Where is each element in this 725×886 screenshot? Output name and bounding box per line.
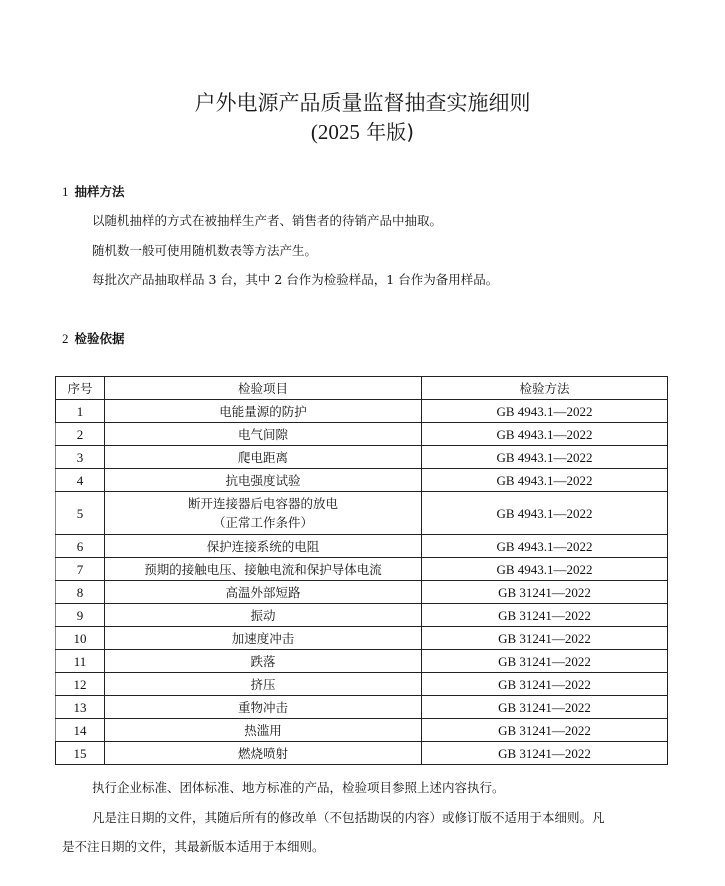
row-no: 3 bbox=[56, 446, 105, 469]
row-method: GB 4943.1—2022 bbox=[422, 558, 668, 581]
row-method: GB 31241—2022 bbox=[422, 673, 668, 696]
document-title: 户外电源产品质量监督抽查实施细则 bbox=[0, 87, 725, 117]
table-header-row: 序号 检验项目 检验方法 bbox=[56, 377, 668, 400]
table-row: 15 燃烧喷射 GB 31241—2022 bbox=[56, 742, 668, 765]
row-no: 11 bbox=[56, 650, 105, 673]
row-method: GB 31241—2022 bbox=[422, 604, 668, 627]
header-method: 检验方法 bbox=[422, 377, 668, 400]
paragraph: 凡是注日期的文件，其随后所有的修改单（不包括勘误的内容）或修订版不适用于本细则。… bbox=[92, 808, 605, 826]
table-row: 4 抗电强度试验 GB 4943.1—2022 bbox=[56, 469, 668, 492]
section-number: 1 bbox=[62, 184, 69, 199]
row-no: 15 bbox=[56, 742, 105, 765]
row-method: GB 4943.1—2022 bbox=[422, 423, 668, 446]
table-row: 10 加速度冲击 GB 31241—2022 bbox=[56, 627, 668, 650]
table-row: 7 预期的接触电压、接触电流和保护导体电流 GB 4943.1—2022 bbox=[56, 558, 668, 581]
paragraph: 随机数一般可使用随机数表等方法产生。 bbox=[92, 241, 317, 259]
row-no: 12 bbox=[56, 673, 105, 696]
row-item: 抗电强度试验 bbox=[105, 469, 422, 492]
header-item: 检验项目 bbox=[105, 377, 422, 400]
row-no: 9 bbox=[56, 604, 105, 627]
row-item: 电能量源的防护 bbox=[105, 400, 422, 423]
row-item: 爬电距离 bbox=[105, 446, 422, 469]
table-row: 1 电能量源的防护 GB 4943.1—2022 bbox=[56, 400, 668, 423]
row-item: 热滥用 bbox=[105, 719, 422, 742]
row-item-line2: （正常工作条件） bbox=[105, 513, 421, 532]
table-row: 5 断开连接器后电容器的放电 （正常工作条件） GB 4943.1—2022 bbox=[56, 492, 668, 535]
row-item: 加速度冲击 bbox=[105, 627, 422, 650]
row-no: 2 bbox=[56, 423, 105, 446]
table-row: 14 热滥用 GB 31241—2022 bbox=[56, 719, 668, 742]
row-method: GB 4943.1—2022 bbox=[422, 492, 668, 535]
row-method: GB 31241—2022 bbox=[422, 742, 668, 765]
row-method: GB 31241—2022 bbox=[422, 696, 668, 719]
table-row: 9 振动 GB 31241—2022 bbox=[56, 604, 668, 627]
inspection-table: 序号 检验项目 检验方法 1 电能量源的防护 GB 4943.1—2022 2 … bbox=[55, 376, 668, 765]
row-method: GB 31241—2022 bbox=[422, 650, 668, 673]
row-method: GB 31241—2022 bbox=[422, 719, 668, 742]
row-item: 挤压 bbox=[105, 673, 422, 696]
subtitle-year: (2025 bbox=[311, 120, 360, 144]
row-item: 重物冲击 bbox=[105, 696, 422, 719]
row-item: 预期的接触电压、接触电流和保护导体电流 bbox=[105, 558, 422, 581]
row-no: 1 bbox=[56, 400, 105, 423]
section-number: 2 bbox=[62, 331, 69, 346]
row-method: GB 4943.1—2022 bbox=[422, 535, 668, 558]
paragraph: 以随机抽样的方式在被抽样生产者、销售者的待销产品中抽取。 bbox=[92, 211, 442, 229]
row-method: GB 4943.1—2022 bbox=[422, 469, 668, 492]
section-title: 检验依据 bbox=[75, 331, 125, 346]
row-item: 高温外部短路 bbox=[105, 581, 422, 604]
row-item: 断开连接器后电容器的放电 （正常工作条件） bbox=[105, 492, 422, 535]
row-item: 振动 bbox=[105, 604, 422, 627]
row-no: 7 bbox=[56, 558, 105, 581]
row-method: GB 31241—2022 bbox=[422, 627, 668, 650]
row-method: GB 4943.1—2022 bbox=[422, 400, 668, 423]
row-item: 跌落 bbox=[105, 650, 422, 673]
section-title: 抽样方法 bbox=[75, 184, 125, 199]
row-item: 电气间隙 bbox=[105, 423, 422, 446]
subtitle-edition: 年版) bbox=[360, 120, 414, 144]
row-no: 4 bbox=[56, 469, 105, 492]
table-row: 2 电气间隙 GB 4943.1—2022 bbox=[56, 423, 668, 446]
section-heading-sampling: 1抽样方法 bbox=[62, 182, 125, 200]
row-no: 10 bbox=[56, 627, 105, 650]
row-item-line1: 断开连接器后电容器的放电 bbox=[105, 494, 421, 513]
table-row: 6 保护连接系统的电阻 GB 4943.1—2022 bbox=[56, 535, 668, 558]
row-item: 燃烧喷射 bbox=[105, 742, 422, 765]
row-no: 5 bbox=[56, 492, 105, 535]
table-row: 13 重物冲击 GB 31241—2022 bbox=[56, 696, 668, 719]
row-no: 6 bbox=[56, 535, 105, 558]
section-heading-basis: 2检验依据 bbox=[62, 329, 125, 347]
table-row: 11 跌落 GB 31241—2022 bbox=[56, 650, 668, 673]
table-row: 8 高温外部短路 GB 31241—2022 bbox=[56, 581, 668, 604]
row-no: 8 bbox=[56, 581, 105, 604]
table-row: 12 挤压 GB 31241—2022 bbox=[56, 673, 668, 696]
row-no: 14 bbox=[56, 719, 105, 742]
header-no: 序号 bbox=[56, 377, 105, 400]
paragraph: 每批次产品抽取样品 3 台，其中 2 台作为检验样品，1 台作为备用样品。 bbox=[92, 270, 498, 288]
paragraph: 是不注日期的文件，其最新版本适用于本细则。 bbox=[62, 837, 325, 855]
row-method: GB 31241—2022 bbox=[422, 581, 668, 604]
row-no: 13 bbox=[56, 696, 105, 719]
row-method: GB 4943.1—2022 bbox=[422, 446, 668, 469]
paragraph: 执行企业标准、团体标准、地方标准的产品，检验项目参照上述内容执行。 bbox=[92, 778, 505, 796]
document-subtitle: (2025 年版) bbox=[0, 116, 725, 145]
table-row: 3 爬电距离 GB 4943.1—2022 bbox=[56, 446, 668, 469]
row-item: 保护连接系统的电阻 bbox=[105, 535, 422, 558]
